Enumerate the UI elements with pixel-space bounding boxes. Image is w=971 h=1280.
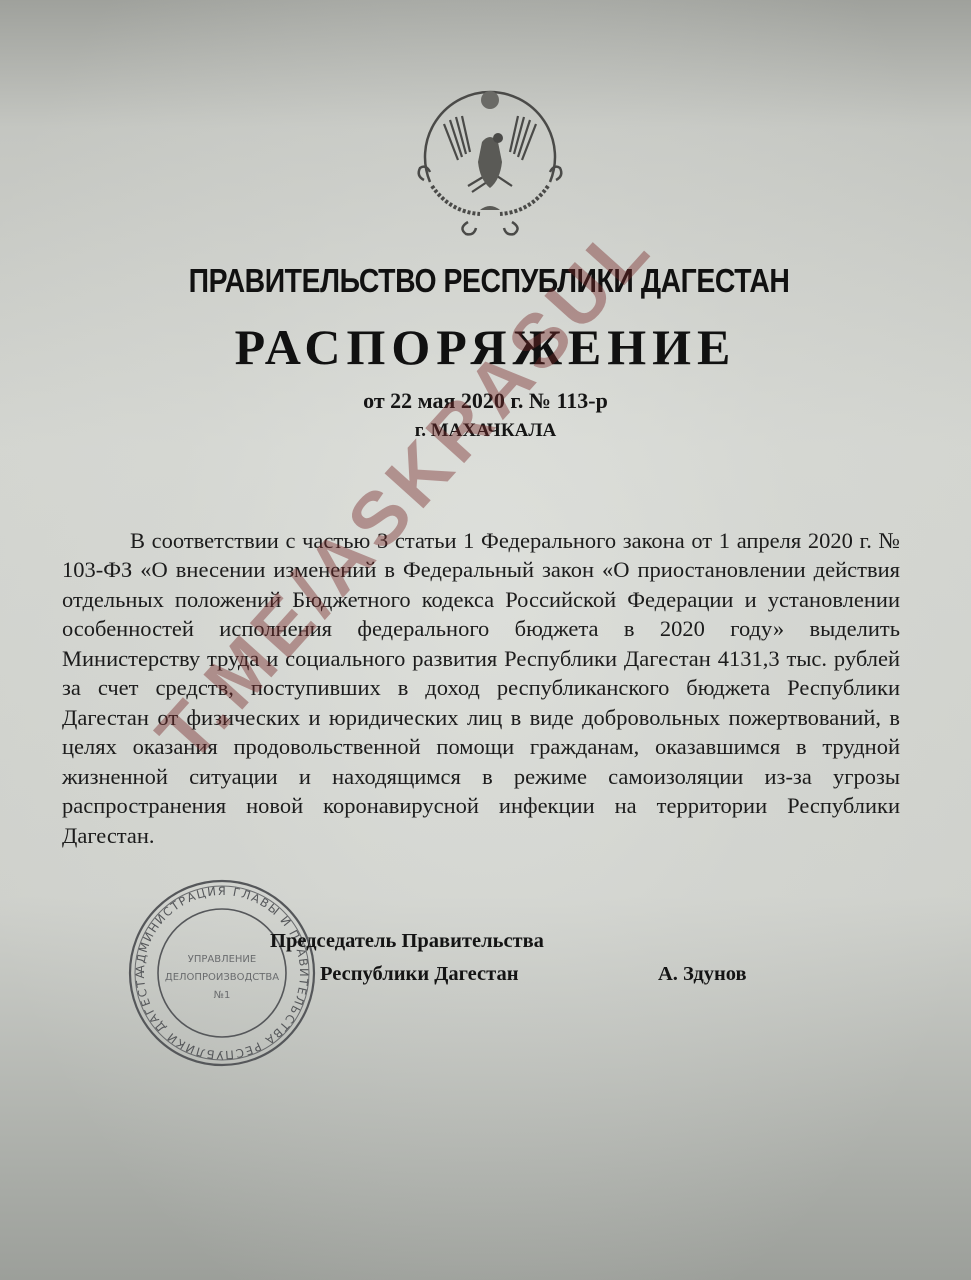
svg-text:АДМИНИСТРАЦИЯ ГЛАВЫ И ПРАВИТЕЛ: АДМИНИСТРАЦИЯ ГЛАВЫ И ПРАВИТЕЛЬСТВА РЕСП…: [122, 878, 311, 1062]
stamp-center-line-2: ДЕЛОПРОИЗВОДСТВА: [165, 972, 279, 983]
stamp-ring-text: АДМИНИСТРАЦИЯ ГЛАВЫ И ПРАВИТЕЛЬСТВА РЕСП…: [122, 878, 311, 1062]
official-stamp-icon: АДМИНИСТРАЦИЯ ГЛАВЫ И ПРАВИТЕЛЬСТВА РЕСП…: [122, 878, 322, 1068]
document-type-heading: РАСПОРЯЖЕНИЕ: [0, 318, 971, 376]
stamp-center-line-3: №1: [214, 990, 231, 1001]
signatory-role-line-1: Председатель Правительства: [270, 930, 544, 953]
government-title: ПРАВИТЕЛЬСТВО РЕСПУБЛИКИ ДАГЕСТАН: [67, 262, 902, 300]
order-body-paragraph: В соответствии с частью 3 статьи 1 Федер…: [62, 526, 900, 851]
coat-of-arms-icon: [410, 62, 570, 242]
document-page: ПРАВИТЕЛЬСТВО РЕСПУБЛИКИ ДАГЕСТАН РАСПОР…: [0, 0, 971, 1280]
document-date-number: от 22 мая 2020 г. № 113-р: [0, 388, 971, 414]
stamp-center-line-1: УПРАВЛЕНИЕ: [188, 954, 257, 965]
document-city: г. МАХАЧКАЛА: [0, 420, 971, 442]
signatory-role-line-2: Республики Дагестан: [320, 963, 519, 986]
signatory-name: А. Здунов: [658, 963, 747, 986]
